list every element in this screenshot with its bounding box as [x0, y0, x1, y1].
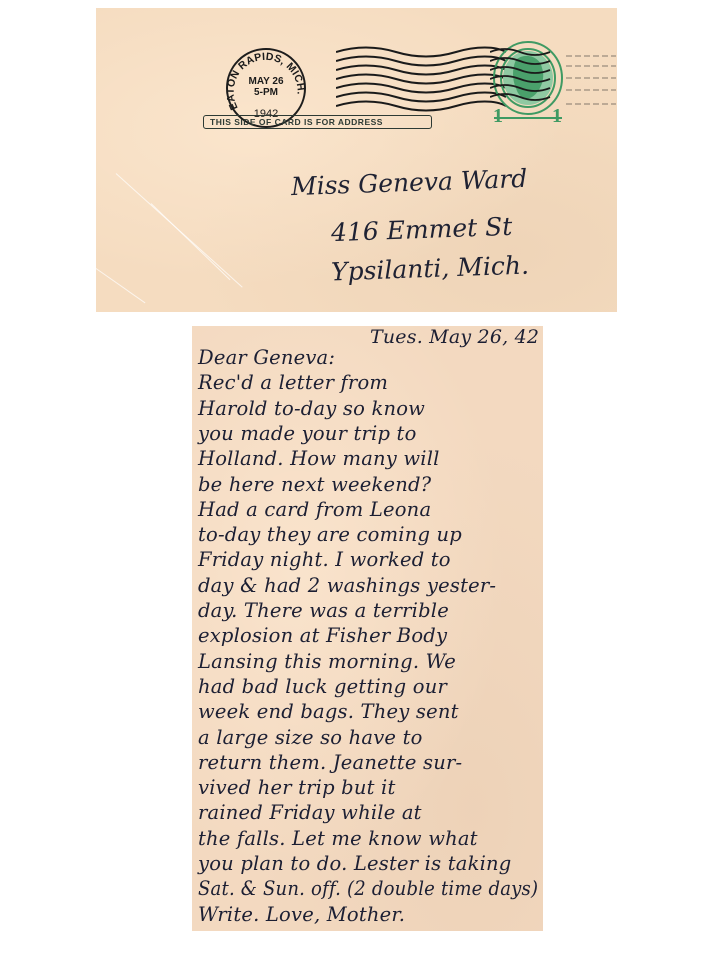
letter-line: day & had 2 washings yester-: [198, 574, 496, 597]
recipient-name: Miss Geneva Ward: [291, 164, 528, 201]
postmark-date: MAY 26: [228, 76, 304, 87]
letter-line: a large size so have to: [198, 726, 423, 749]
letter-line: you made your trip to: [198, 422, 417, 445]
letter-line: Lansing this morning. We: [198, 650, 456, 673]
letter-line: Friday night. I worked to: [198, 548, 451, 571]
letter-line: explosion at Fisher Body: [198, 624, 447, 647]
letter-line: be here next weekend?: [198, 473, 431, 496]
postmark-datetime: MAY 26 5-PM: [228, 76, 304, 98]
stamp-denom-right: 1: [552, 105, 562, 126]
letter-line: day. There was a terrible: [198, 599, 449, 622]
faded-cancellation-dashes: [566, 48, 616, 118]
letter-line: the falls. Let me know what: [198, 827, 478, 850]
stamp-denom-left: 1: [493, 105, 503, 126]
address-side-banner: THIS SIDE OF CARD IS FOR ADDRESS: [203, 115, 432, 129]
letter-line: Harold to-day so know: [198, 397, 425, 420]
postcard-back: Tues. May 26, 42 Dear Geneva: Rec'd a le…: [192, 326, 543, 931]
one-cent-stamp-icon: 1 1: [490, 38, 566, 126]
recipient-city: Ypsilanti, Mich.: [331, 251, 530, 287]
postmark-time: 5-PM: [228, 87, 304, 98]
letter-line: you plan to do. Lester is taking: [198, 852, 511, 875]
paper-crease: [151, 203, 231, 280]
letter-line: to-day they are coming up: [198, 523, 462, 546]
letter-line: week end bags. They sent: [198, 700, 459, 723]
letter-line: had bad luck getting our: [198, 675, 447, 698]
letter-line: Rec'd a letter from: [198, 371, 388, 394]
letter-line: Holland. How many will: [198, 447, 440, 470]
letter-date: Tues. May 26, 42: [370, 326, 539, 348]
letter-line: Dear Geneva:: [198, 346, 335, 369]
postcard-front: EATON RAPIDS, MICH. MAY 26 5-PM 1942 THI…: [96, 8, 617, 312]
letter-line: vived her trip but it: [198, 776, 396, 799]
letter-line: Write. Love, Mother.: [198, 903, 405, 926]
paper-crease: [96, 268, 146, 303]
letter-line: Had a card from Leona: [198, 498, 431, 521]
letter-line: Sat. & Sun. off. (2 double time days): [198, 877, 538, 900]
letter-line: rained Friday while at: [198, 801, 422, 824]
recipient-street: 416 Emmet St: [331, 212, 513, 247]
cancellation-wavy-lines-icon: [336, 46, 506, 116]
letter-line: return them. Jeanette sur-: [198, 751, 462, 774]
